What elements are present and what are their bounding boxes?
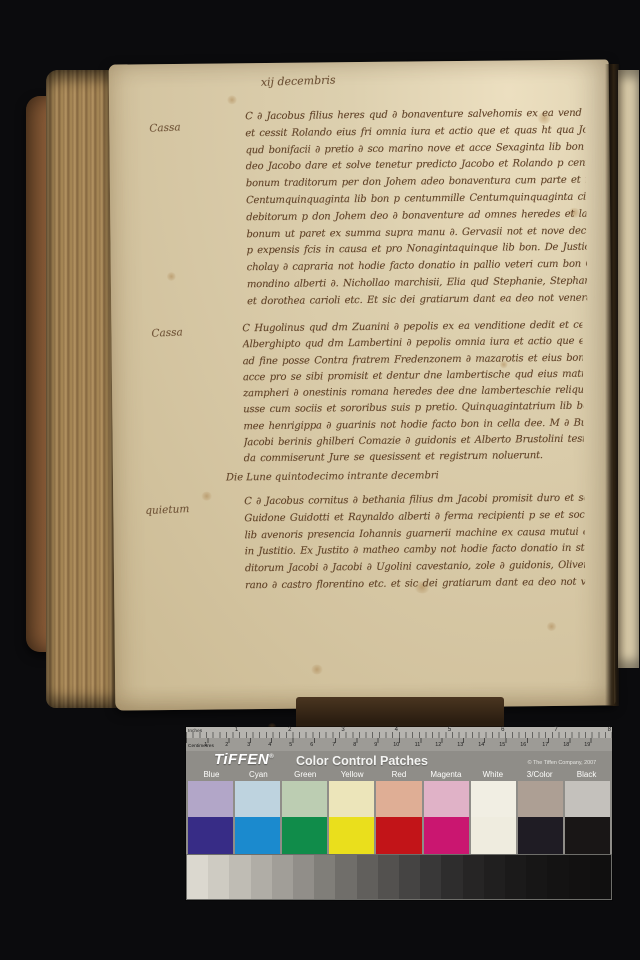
- page-gutter-shadow: [605, 64, 619, 706]
- patch-column-label: Black: [563, 770, 610, 781]
- color-patch-pastel: [329, 781, 374, 817]
- grayscale-step: [208, 855, 229, 899]
- manuscript-page: xij decembris Cassa Cassa quietum C ∂ Ja…: [109, 59, 616, 710]
- color-patch-strong: [329, 817, 374, 854]
- color-patch-strong: [471, 817, 516, 854]
- chart-copyright: © The Tiffen Company, 2007: [527, 760, 596, 765]
- color-patch-strong: [235, 817, 280, 854]
- foxing-spot: [167, 272, 176, 281]
- cm-numbers: 12345678910111213141516171819: [186, 742, 612, 751]
- color-patch-pastel: [518, 781, 563, 817]
- grayscale-step: [187, 855, 208, 899]
- patch-column-label: Magenta: [422, 770, 469, 781]
- grayscale-step: [357, 855, 378, 899]
- cm-number: 19: [571, 742, 590, 750]
- grayscale-step: [272, 855, 293, 899]
- color-patch-strong: [376, 817, 421, 854]
- registered-mark: ®: [269, 754, 274, 760]
- foxing-spot: [546, 622, 556, 631]
- grayscale-step: [590, 855, 611, 899]
- chart-title: Color Control Patches: [296, 754, 428, 768]
- color-patch-pastel: [282, 781, 327, 817]
- grayscale-step: [463, 855, 484, 899]
- cm-number: 8: [337, 742, 356, 750]
- manuscript-line: da commiserunt Jure se quesissent et reg…: [244, 448, 584, 468]
- cm-number: 17: [529, 742, 548, 750]
- grayscale-step: [526, 855, 547, 899]
- margin-note-quietum: quietum: [145, 503, 189, 517]
- inch-number: 8: [559, 727, 612, 737]
- grayscale-step: [420, 855, 441, 899]
- color-patch-pastel: [188, 781, 233, 817]
- pastel-patch-row: [186, 781, 612, 817]
- foxing-spot: [201, 492, 212, 501]
- patch-column-label: Green: [282, 770, 329, 781]
- cm-number: 12: [422, 742, 441, 750]
- grayscale-step: [569, 855, 590, 899]
- ruler: Inches 12345678 Centimetres 123456789101…: [186, 727, 612, 751]
- patch-column-label: Red: [376, 770, 423, 781]
- saturated-patch-row: [186, 817, 612, 854]
- inch-number: 1: [186, 727, 239, 737]
- patch-column-label: Cyan: [235, 770, 282, 781]
- color-patch-pastel: [235, 781, 280, 817]
- grayscale-step: [399, 855, 420, 899]
- cm-number: 7: [316, 742, 335, 750]
- inch-numbers: 12345678: [186, 727, 612, 737]
- cm-number: 15: [486, 742, 505, 750]
- cm-number: 10: [380, 742, 399, 750]
- cm-number: 16: [508, 742, 527, 750]
- color-patch-strong: [282, 817, 327, 854]
- cm-number: 6: [295, 742, 314, 750]
- margin-note-cassa-2: Cassa: [151, 326, 183, 339]
- patch-column-label: White: [469, 770, 516, 781]
- patch-column-label: Yellow: [329, 770, 376, 781]
- grayscale-step: [441, 855, 462, 899]
- cm-number: 4: [252, 742, 271, 750]
- color-patch-strong: [188, 817, 233, 854]
- chart-title-row: TiFFEN® Color Control Patches © The Tiff…: [186, 751, 612, 770]
- cm-number: 1: [188, 742, 207, 750]
- cm-number: 18: [550, 742, 569, 750]
- color-patch-pastel: [376, 781, 421, 817]
- grayscale-step: [293, 855, 314, 899]
- manuscript-paragraph-3: C ∂ Jacobus cornitus ∂ bethania filius d…: [244, 491, 585, 595]
- date-line: Die Lune quintodecimo intrante decembri: [226, 470, 439, 483]
- manuscript-line: rano ∂ castro florentino etc. et sic dei…: [245, 575, 585, 595]
- color-patch-strong: [565, 817, 610, 854]
- cm-number: 3: [231, 742, 250, 750]
- patch-column-label: Blue: [188, 770, 235, 781]
- page-header-date: xij decembris: [261, 73, 336, 88]
- cm-number: 11: [401, 742, 420, 750]
- inch-number: 2: [239, 727, 292, 737]
- grayscale-step: [335, 855, 356, 899]
- patch-column-label: 3/Color: [516, 770, 563, 781]
- color-control-chart: Inches 12345678 Centimetres 123456789101…: [186, 727, 612, 900]
- patch-column-labels: BlueCyanGreenYellowRedMagentaWhite3/Colo…: [186, 770, 612, 781]
- inch-number: 3: [293, 727, 346, 737]
- cm-number: 9: [359, 742, 378, 750]
- tiffen-logo: TiFFEN®: [214, 751, 274, 768]
- cm-number: 5: [273, 742, 292, 750]
- color-patch-pastel: [565, 781, 610, 817]
- inch-number: 5: [399, 727, 452, 737]
- foxing-spot: [311, 664, 323, 674]
- cm-number: 13: [444, 742, 463, 750]
- cm-number: 2: [209, 742, 228, 750]
- grayscale-step: [505, 855, 526, 899]
- margin-note-cassa-1: Cassa: [149, 121, 181, 134]
- grayscale-step: [314, 855, 335, 899]
- cm-number: 14: [465, 742, 484, 750]
- color-patch-pastel: [471, 781, 516, 817]
- inch-number: 7: [506, 727, 559, 737]
- grayscale-step: [378, 855, 399, 899]
- grayscale-step: [251, 855, 272, 899]
- inch-number: 4: [346, 727, 399, 737]
- manuscript-paragraph-1: C ∂ Jacobus filius heres qud ∂ bonaventu…: [245, 106, 587, 311]
- manuscript-paragraph-2: C Hugolinus qud dm Zuanini ∂ pepolis ex …: [242, 318, 584, 468]
- color-patch-strong: [518, 817, 563, 854]
- grayscale-strip: [186, 854, 612, 900]
- grayscale-step: [484, 855, 505, 899]
- inch-number: 6: [452, 727, 505, 737]
- facing-page-edge: [618, 70, 639, 668]
- grayscale-step: [547, 855, 568, 899]
- color-patch-pastel: [424, 781, 469, 817]
- grayscale-step: [229, 855, 250, 899]
- foxing-spot: [227, 95, 237, 104]
- manuscript-line: et dorothea carioli etc. Et sic dei grat…: [247, 290, 587, 310]
- color-patch-strong: [424, 817, 469, 854]
